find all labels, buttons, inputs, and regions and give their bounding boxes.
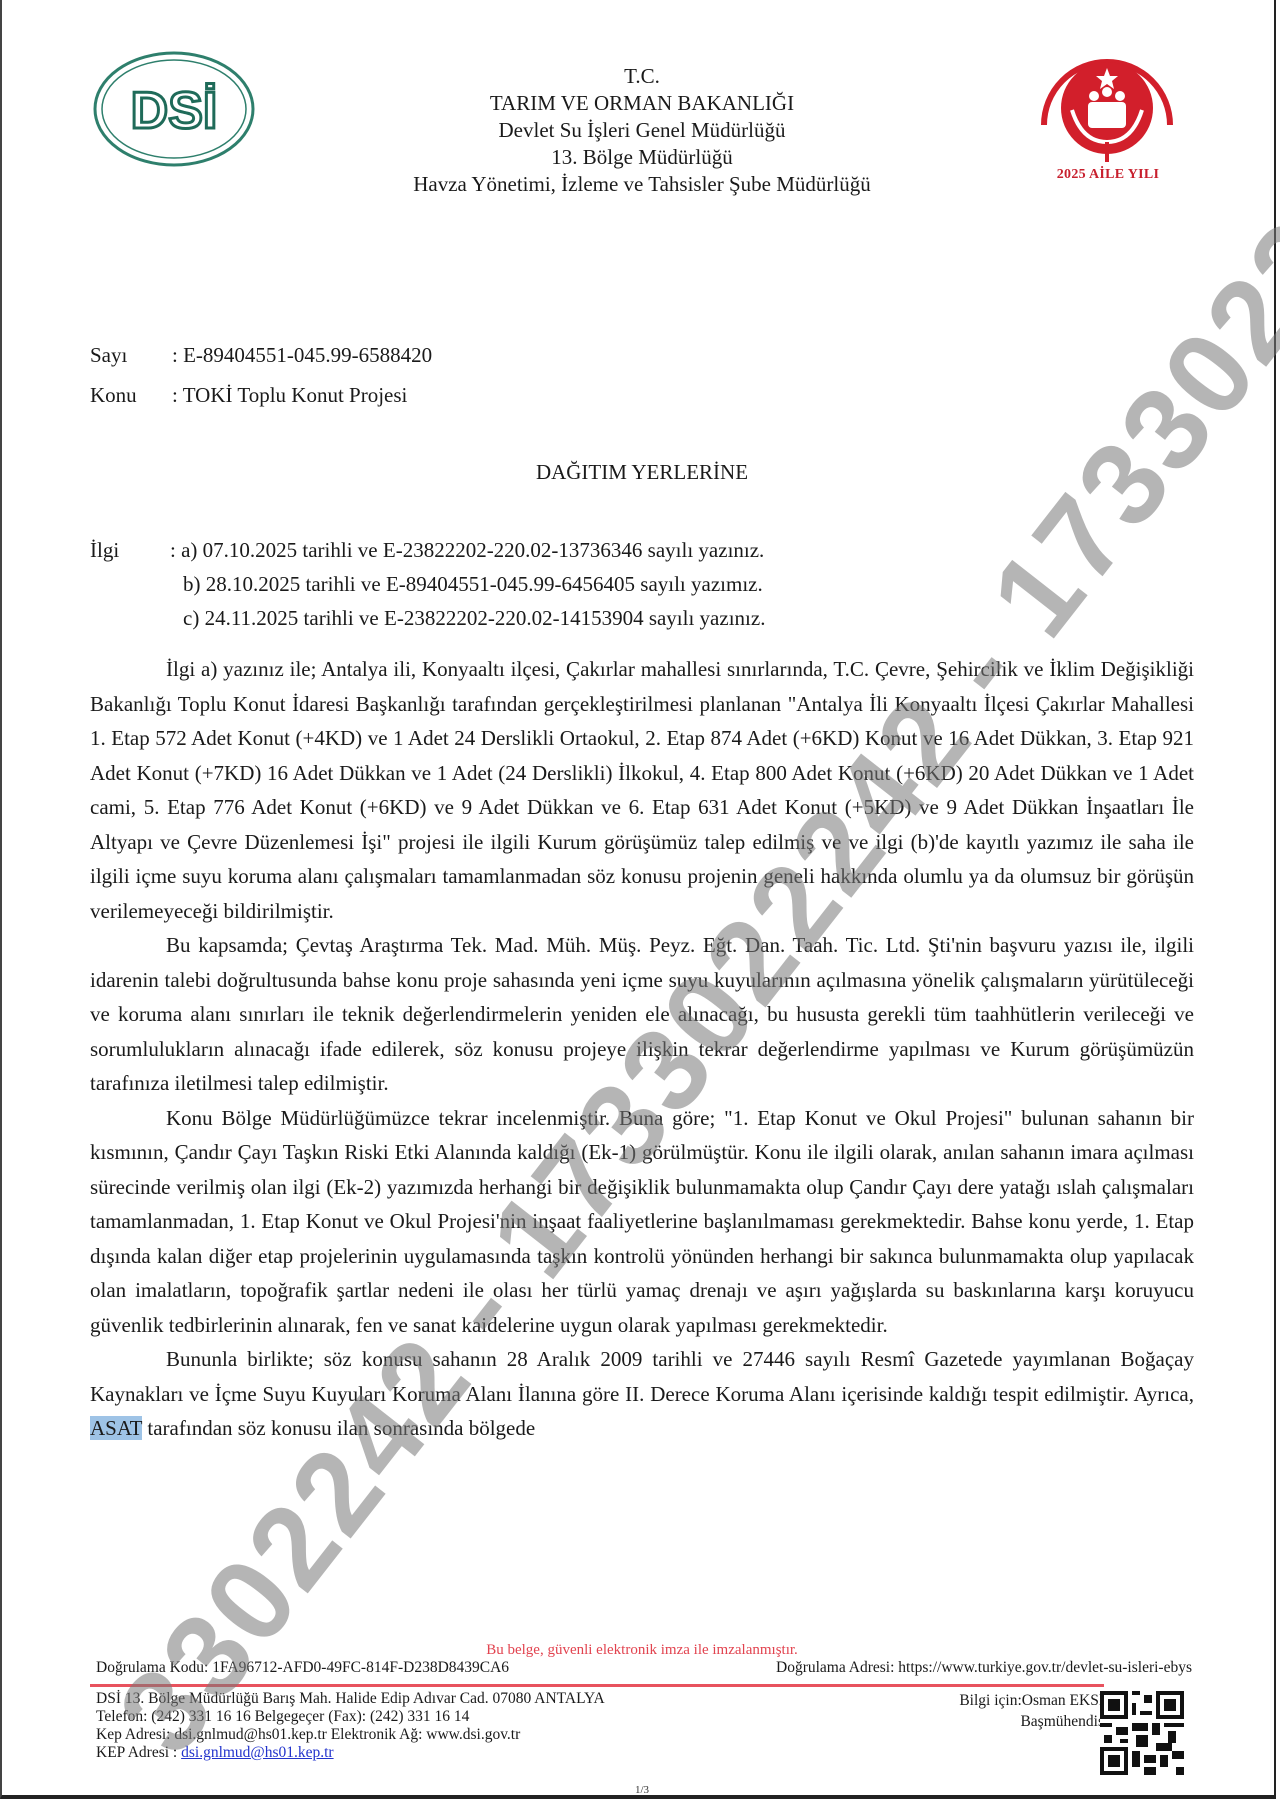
svg-text:DSİ: DSİ — [131, 82, 218, 140]
kep-line: KEP Adresi : dsi.gnlmud@hs01.kep.tr — [96, 1744, 605, 1762]
address-line: DSİ 13. Bölge Müdürlüğü Barış Mah. Halid… — [96, 1690, 605, 1708]
verification-row: Doğrulama Kodu: 1FA96712-AFD0-49FC-814F-… — [96, 1659, 1192, 1677]
paragraph: Bu kapsamda; Çevtaş Araştırma Tek. Mad. … — [90, 928, 1194, 1101]
letterhead-line: 13. Bölge Müdürlüğü — [332, 144, 952, 171]
aile-yili-logo — [1032, 30, 1182, 190]
letterhead: T.C. TARIM VE ORMAN BAKANLIĞI Devlet Su … — [332, 63, 952, 198]
paragraph: İlgi a) yazınız ile; Antalya ili, Konyaa… — [90, 652, 1194, 928]
reference-item: c) 24.11.2025 tarihli ve E-23822202-220.… — [170, 601, 765, 635]
address-line: Telefon: (242) 331 16 16 Belgegeçer (Fax… — [96, 1708, 605, 1726]
contact-name: Bilgi için:Osman EKSİ — [959, 1690, 1104, 1711]
letterhead-line: T.C. — [332, 63, 952, 90]
verification-code: Doğrulama Kodu: 1FA96712-AFD0-49FC-814F-… — [96, 1659, 509, 1677]
ilgi-label: İlgi — [90, 533, 170, 567]
kep-address-link[interactable]: dsi.gnlmud@hs01.kep.tr — [181, 1744, 333, 1761]
references-block: İlgi : a) 07.10.2025 tarihli ve E-238222… — [90, 533, 765, 635]
verification-address: Doğrulama Adresi: https://www.turkiye.go… — [776, 1659, 1192, 1677]
letterhead-line: TARIM VE ORMAN BAKANLIĞI — [332, 90, 952, 117]
dsi-logo: DSİ — [92, 50, 256, 168]
konu-label: Konu — [90, 383, 172, 408]
contact-title: Başmühendis — [959, 1711, 1104, 1732]
e-signature-note: Bu belge, güvenli elektronik imza ile im… — [2, 1642, 1280, 1659]
qr-code-icon — [1100, 1690, 1184, 1776]
letterhead-line: Havza Yönetimi, İzleme ve Tahsisler Şube… — [332, 171, 952, 198]
address-block: DSİ 13. Bölge Müdürlüğü Barış Mah. Halid… — [96, 1690, 605, 1762]
address-line: Kep Adresi: dsi.gnlmud@hs01.kep.tr Elekt… — [96, 1726, 605, 1744]
konu-value: : TOKİ Toplu Konut Projesi — [172, 383, 407, 407]
document-page: DSİ 2025 AİLE YILI T.C. TARIM VE ORMAN B… — [0, 0, 1276, 1799]
paragraph: Konu Bölge Müdürlüğümüzce tekrar incelen… — [90, 1101, 1194, 1343]
reference-item: b) 28.10.2025 tarihli ve E-89404551-045.… — [170, 567, 765, 601]
letter-body: İlgi a) yazınız ile; Antalya ili, Konyaa… — [90, 652, 1194, 1446]
reference-item: : a) 07.10.2025 tarihli ve E-23822202-22… — [170, 533, 765, 567]
aile-yili-caption: 2025 AİLE YILI — [1034, 167, 1182, 183]
page-number: 1/3 — [2, 1784, 1280, 1796]
selected-text-highlight[interactable]: ASAT — [90, 1416, 142, 1440]
sayi-value: : E-89404551-045.99-6588420 — [172, 343, 432, 367]
sayi-label: Sayı — [90, 343, 172, 368]
addressee: DAĞITIM YERLERİNE — [2, 460, 1280, 485]
reference-number: Sayı: E-89404551-045.99-6588420 — [90, 343, 432, 368]
contact-block: Bilgi için:Osman EKSİ Başmühendis — [959, 1690, 1104, 1732]
paragraph: Bununla birlikte; söz konusu sahanın 28 … — [90, 1342, 1194, 1446]
subject: Konu: TOKİ Toplu Konut Projesi — [90, 383, 407, 408]
footer-divider — [90, 1684, 1104, 1687]
letterhead-line: Devlet Su İşleri Genel Müdürlüğü — [332, 117, 952, 144]
